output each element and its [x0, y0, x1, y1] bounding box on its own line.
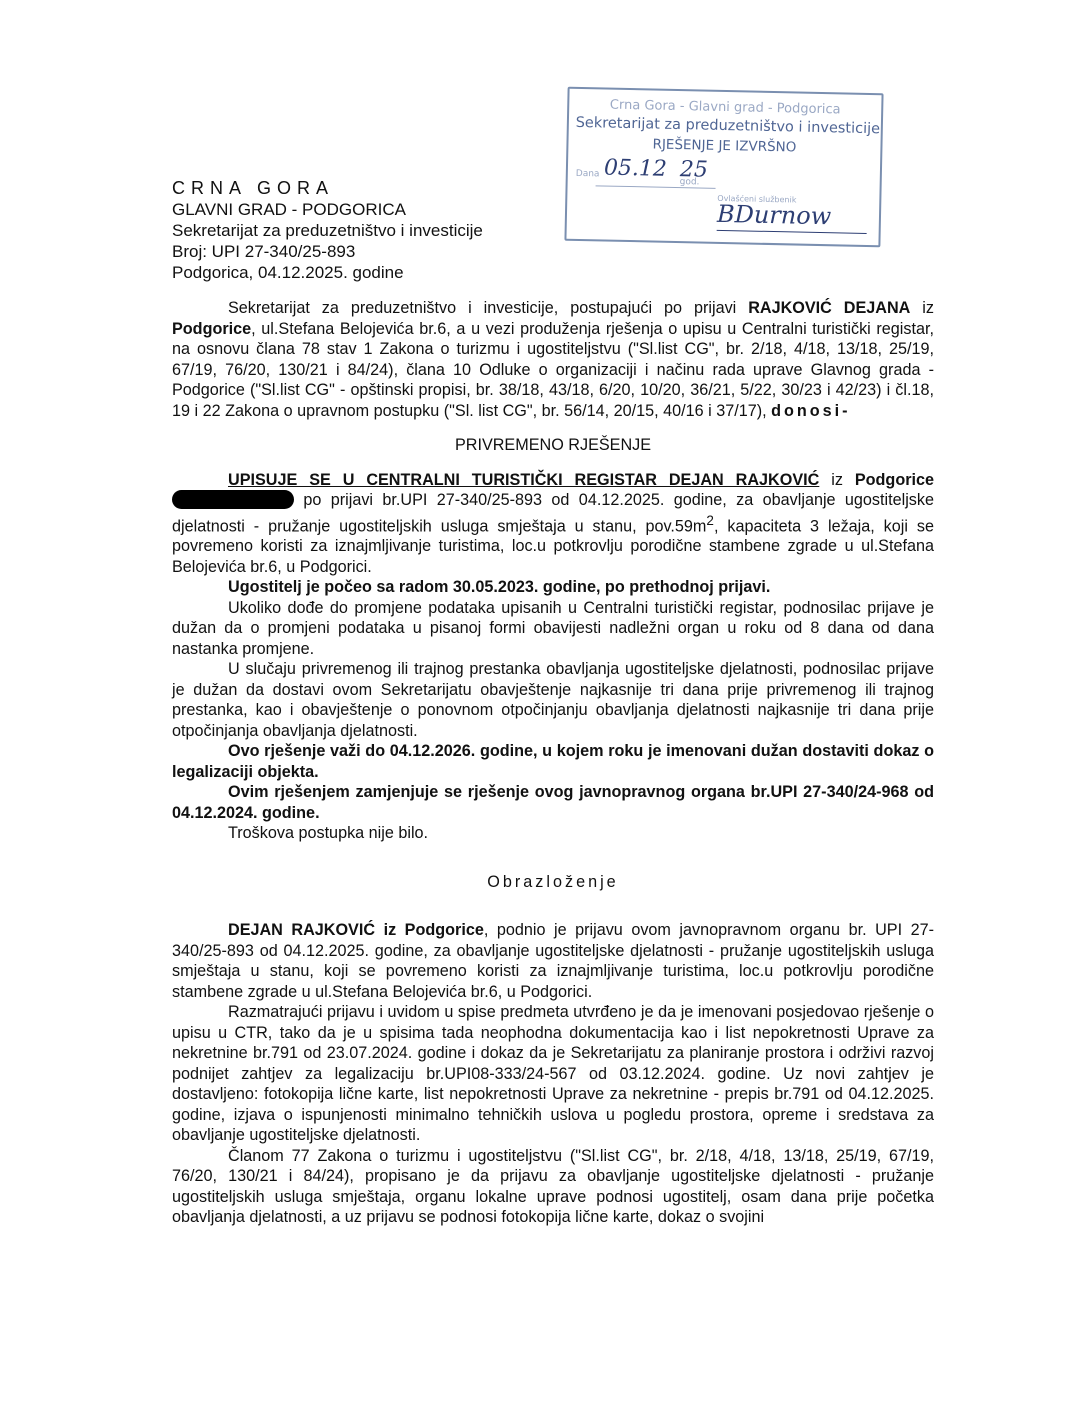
enforceability-stamp: Crna Gora - Glavni grad - Podgorica Sekr… [564, 87, 883, 248]
intro-paragraph: Sekretarijat za preduzetništvo i investi… [172, 298, 934, 421]
decision-paragraph-1: UPISUJE SE U CENTRALNI TURISTIČKI REGIST… [172, 470, 934, 578]
decision-paragraph-6: Ovim rješenjem zamjenjuje se rješenje ov… [172, 782, 934, 823]
decision-paragraph-7: Troškova postupka nije bilo. [172, 823, 934, 844]
header-department: Sekretarijat za preduzetništvo i investi… [172, 220, 483, 241]
stamp-line-3: RJEŠENJE JE IZVRŠNO [568, 135, 880, 158]
stamp-line-2: Sekretarijat za preduzetništvo i investi… [575, 115, 881, 137]
decision-paragraph-2: Ugostitelj je počeo sa radom 30.05.2023.… [172, 577, 934, 598]
reasoning-paragraph-3: Članom 77 Zakona o turizmu i ugostiteljs… [172, 1146, 934, 1228]
header-date: Podgorica, 04.12.2025. godine [172, 262, 483, 283]
document-header: CRNA GORA GLAVNI GRAD - PODGORICA Sekret… [172, 178, 483, 283]
decision-title: PRIVREMENO RJEŠENJE [172, 435, 934, 456]
applicant-name: RAJKOVIĆ DEJANA [748, 299, 910, 317]
decision-paragraph-3: Ukoliko dođe do promjene podataka upisan… [172, 598, 934, 660]
document-body: Sekretarijat za preduzetništvo i investi… [172, 298, 934, 1228]
stamp-signature: BDurnow [717, 200, 832, 230]
redacted-block [172, 490, 294, 509]
decision-paragraph-5: Ovo rješenje važi do 04.12.2026. godine,… [172, 741, 934, 782]
stamp-dana-label: Dana [576, 169, 600, 179]
header-country: CRNA GORA [172, 178, 483, 199]
decision-paragraph-4: U slučaju privremenog ili trajnog presta… [172, 659, 934, 741]
stamp-handwritten-date: 05.12 [604, 155, 667, 181]
reasoning-title: Obrazloženje [172, 872, 934, 893]
header-number: Broj: UPI 27-340/25-893 [172, 241, 483, 262]
stamp-god-label: god. [680, 177, 700, 187]
reasoning-paragraph-2: Razmatrajući prijavu i uvidom u spise pr… [172, 1002, 934, 1146]
reasoning-paragraph-1: DEJAN RAJKOVIĆ iz Podgorice, podnio je p… [172, 920, 934, 1002]
stamp-signature-line [717, 230, 867, 234]
header-city: GLAVNI GRAD - PODGORICA [172, 199, 483, 220]
